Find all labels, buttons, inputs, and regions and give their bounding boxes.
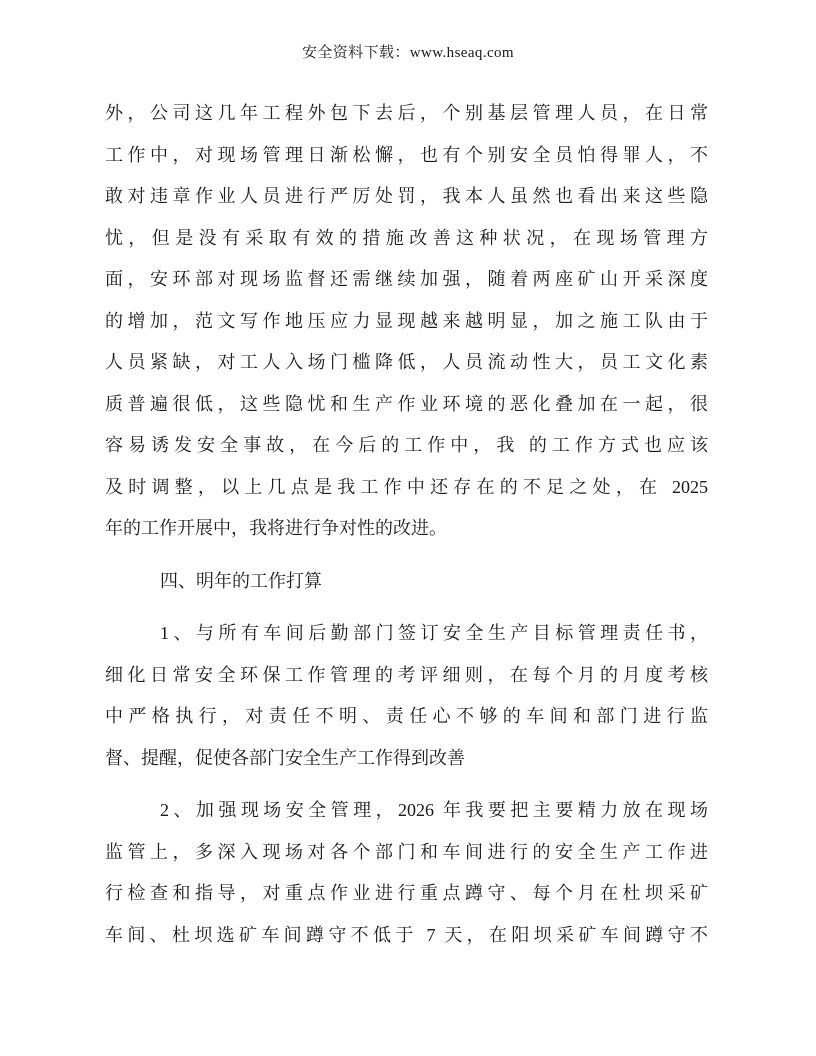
text-line: 2、加强现场安全管理，2026 年我要把主要精力放在现场 <box>105 790 708 832</box>
text-line: 年的工作开展中，我将进行争对性的改进。 <box>105 508 708 550</box>
paragraph-item-1: 1、与所有车间后勤部门签订安全生产目标管理责任书， 细化日常安全环保工作管理的考… <box>105 613 708 779</box>
document-body: 外，公司这几年工程外包下去后，个别基层管理人员，在日常 工作中，对现场管理日渐松… <box>105 93 708 967</box>
header-site-url: www.hseaq.com <box>410 45 514 61</box>
page-header: 安全资料下载：www.hseaq.com <box>0 44 816 63</box>
paragraph-item-2: 2、加强现场安全管理，2026 年我要把主要精力放在现场 监管上，多深入现场对各… <box>105 790 708 956</box>
text-line: 忧，但是没有采取有效的措施改善这种状况，在现场管理方 <box>105 218 708 260</box>
section-heading-line: 四、明年的工作打算 <box>105 561 708 603</box>
text-line: 车间、杜坝选矿车间蹲守不低于 7 天，在阳坝采矿车间蹲守不 <box>105 915 708 957</box>
header-site-label: 安全资料下载： <box>302 45 410 61</box>
text-line: 的增加，范文写作地压应力显现越来越明显，加之施工队由于 <box>105 301 708 343</box>
paragraph-shortcomings-continuation: 外，公司这几年工程外包下去后，个别基层管理人员，在日常 工作中，对现场管理日渐松… <box>105 93 708 550</box>
text-line: 细化日常安全环保工作管理的考评细则，在每个月的月度考核 <box>105 655 708 697</box>
text-line: 质普遍很低，这些隐忧和生产作业环境的恶化叠加在一起，很 <box>105 384 708 426</box>
text-line: 中严格执行，对责任不明、责任心不够的车间和部门进行监 <box>105 696 708 738</box>
text-line: 敢对违章作业人员进行严厉处罚，我本人虽然也看出来这些隐 <box>105 176 708 218</box>
text-line: 容易诱发安全事故，在今后的工作中，我 的工作方式也应该 <box>105 425 708 467</box>
section-heading-next-year-plan: 四、明年的工作打算 <box>105 561 708 603</box>
text-line: 面，安环部对现场监督还需继续加强，随着两座矿山开采深度 <box>105 259 708 301</box>
text-line: 及时调整，以上几点是我工作中还存在的不足之处，在 2025 <box>105 467 708 509</box>
text-line: 行检查和指导，对重点作业进行重点蹲守、每个月在杜坝采矿 <box>105 873 708 915</box>
text-line: 1、与所有车间后勤部门签订安全生产目标管理责任书， <box>105 613 708 655</box>
text-line: 督、提醒，促使各部门安全生产工作得到改善 <box>105 738 708 780</box>
text-line: 外，公司这几年工程外包下去后，个别基层管理人员，在日常 <box>105 93 708 135</box>
text-line: 工作中，对现场管理日渐松懈，也有个别安全员怕得罪人，不 <box>105 135 708 177</box>
document-page: 安全资料下载：www.hseaq.com 外，公司这几年工程外包下去后，个别基层… <box>0 0 816 1056</box>
text-line: 监管上，多深入现场对各个部门和车间进行的安全生产工作进 <box>105 832 708 874</box>
text-line: 人员紧缺，对工人入场门槛降低，人员流动性大，员工文化素 <box>105 342 708 384</box>
